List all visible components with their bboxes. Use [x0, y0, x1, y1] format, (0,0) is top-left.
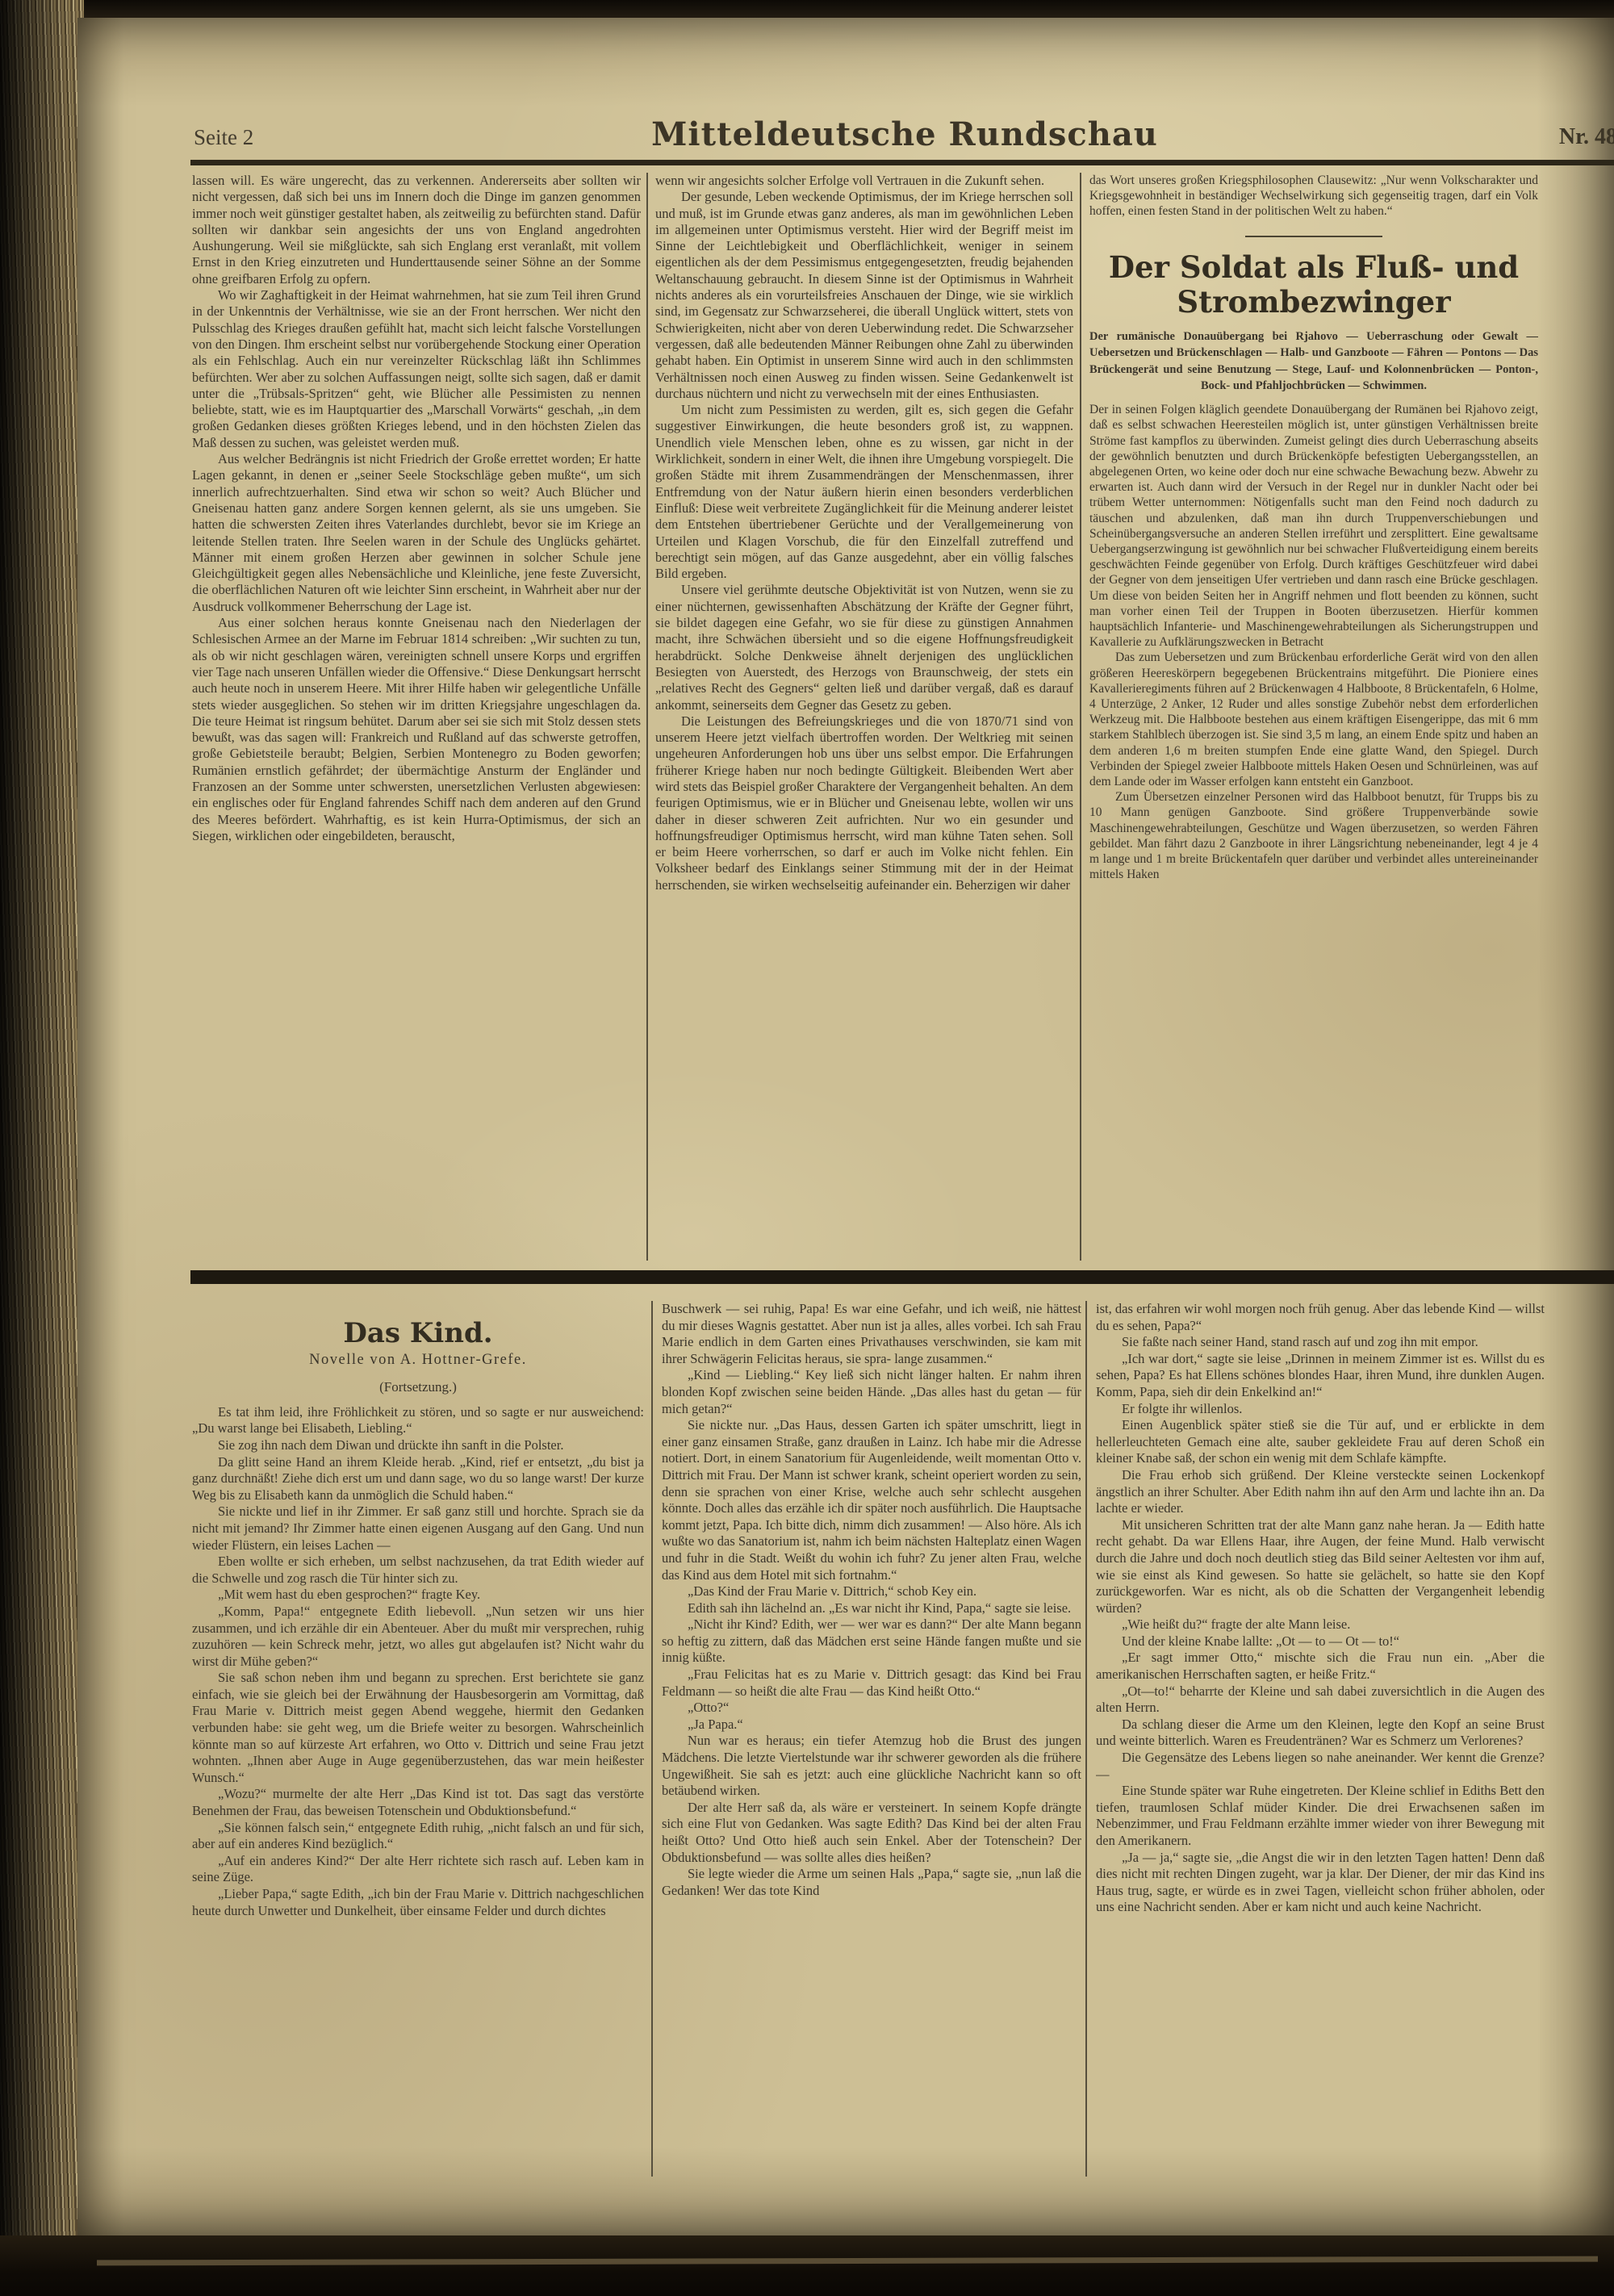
masthead-rule — [190, 160, 1614, 165]
masthead: Seite 2 Mitteldeutsche Rundschau Nr. 48 — [192, 108, 1614, 150]
feuilleton-byline: Novelle von A. Hottner-Grefe. — [192, 1352, 644, 1369]
column-rule — [1080, 173, 1081, 1261]
feuilleton-column-2: Buschwerk — sei ruhig, Papa! Es war eine… — [662, 1301, 1081, 2197]
paragraph: Einen Augenblick später stieß sie die Tü… — [1096, 1417, 1545, 1467]
paragraph: „Ja Papa.“ — [662, 1717, 1081, 1734]
column-rule — [646, 173, 648, 1261]
paragraph: Eine Stunde später war Ruhe eingetreten.… — [1096, 1783, 1545, 1849]
lead-article-column-1: lassen will. Es wäre ungerecht, das zu v… — [192, 173, 641, 1261]
paragraph: das Wort unseres großen Kriegsphilosophe… — [1089, 173, 1538, 220]
paragraph: „Auf ein anderes Kind?“ Der alte Herr ri… — [192, 1853, 644, 1886]
paragraph: „Wie heißt du?“ fragte der alte Mann lei… — [1096, 1616, 1545, 1633]
paragraph: Sie zog ihn nach dem Diwan und drückte i… — [192, 1437, 644, 1454]
lead-article-column-2: wenn wir angesichts solcher Erfolge voll… — [655, 173, 1073, 1261]
paragraph: Sie nickte und lief in ihr Zimmer. Er sa… — [192, 1503, 644, 1554]
paragraph: Unsere viel gerühmte deutsche Objektivit… — [655, 582, 1073, 713]
paragraph: Die Gegensätze des Lebens liegen so nahe… — [1096, 1750, 1545, 1783]
photo-top-edge — [0, 0, 1614, 19]
headline-line-1: Der Soldat als Fluß- und — [1109, 249, 1519, 285]
paragraph: Sie saß schon neben ihm und begann zu sp… — [192, 1670, 644, 1786]
paragraph: Edith sah ihn lächelnd an. „Es war nicht… — [662, 1600, 1081, 1617]
feuilleton-separator-rule — [190, 1270, 1614, 1284]
paragraph: Um nicht zum Pessimisten zu werden, gilt… — [655, 402, 1073, 582]
paragraph: Er folgte ihr willenlos. — [1096, 1401, 1545, 1418]
paragraph: Es tat ihm leid, ihre Fröhlichkeit zu st… — [192, 1404, 644, 1437]
paragraph: „Er sagt immer Otto,“ mischte sich die F… — [1096, 1650, 1545, 1683]
paragraph: wenn wir angesichts solcher Erfolge voll… — [655, 173, 1073, 189]
paragraph: „Ich war dort,“ sagte sie leise „Drinnen… — [1096, 1351, 1545, 1401]
paragraph: „Komm, Papa!“ entgegnete Edith liebevoll… — [192, 1604, 644, 1670]
paragraph: Eben wollte er sich erheben, um selbst n… — [192, 1554, 644, 1587]
paragraph: Sie nickte nur. „Das Haus, dessen Garten… — [662, 1417, 1081, 1583]
paragraph: Der gesunde, Leben weckende Optimismus, … — [655, 189, 1073, 402]
paragraph: „Frau Felicitas hat es zu Marie v. Dittr… — [662, 1667, 1081, 1700]
paragraph: Das zum Uebersetzen und zum Brückenbau e… — [1089, 650, 1538, 789]
paragraph: „Mit wem hast du eben gesprochen?“ fragt… — [192, 1587, 644, 1604]
photo-bottom-edge — [0, 2235, 1614, 2296]
feuilleton-column-1: Das Kind. Novelle von A. Hottner-Grefe. … — [192, 1301, 644, 2197]
issue-number: Nr. 48 — [1559, 124, 1614, 150]
paragraph: Die Frau erhob sich grüßend. Der Kleine … — [1096, 1467, 1545, 1517]
paragraph: Der alte Herr saß da, als wäre er verste… — [662, 1800, 1081, 1866]
paragraph: „Sie können falsch sein,“ entgegnete Edi… — [192, 1820, 644, 1853]
paragraph: Zum Übersetzen einzelner Personen wird d… — [1089, 789, 1538, 882]
paragraph: Sie faßte nach seiner Hand, stand rasch … — [1096, 1334, 1545, 1351]
paragraph: lassen will. Es wäre ungerecht, das zu v… — [192, 173, 641, 287]
paragraph: Aus welcher Bedrängnis ist nicht Friedri… — [192, 451, 641, 615]
soldier-article-headline: Der Soldat als Fluß- undStrombezwinger — [1089, 250, 1538, 320]
column-rule — [1085, 1301, 1087, 2177]
paragraph: „Otto?“ — [662, 1700, 1081, 1717]
paragraph: Sie legte wieder die Arme um seinen Hals… — [662, 1866, 1081, 1899]
paragraph: Da schlang dieser die Arme um den Kleine… — [1096, 1717, 1545, 1750]
column-3: das Wort unseres großen Kriegsphilosophe… — [1089, 173, 1538, 1261]
paragraph: „Nicht ihr Kind? Edith, wer — wer war es… — [662, 1616, 1081, 1667]
feuilleton-title: Das Kind. — [192, 1325, 644, 1342]
soldier-article-subtitle: Der rumänische Donauübergang bei Rjahovo… — [1089, 328, 1538, 394]
paragraph: „Das Kind der Frau Marie v. Dittrich,“ s… — [662, 1583, 1081, 1600]
paragraph: Der in seinen Folgen kläglich geendete D… — [1089, 402, 1538, 650]
newspaper-title: Mitteldeutsche Rundschau — [192, 115, 1614, 153]
paragraph: „Lieber Papa,“ sagte Edith, „ich bin der… — [192, 1886, 644, 1919]
paragraph: Die Leistungen des Befreiungskrieges und… — [655, 713, 1073, 893]
paragraph: Buschwerk — sei ruhig, Papa! Es war eine… — [662, 1301, 1081, 1367]
paragraph: ist, das erfahren wir wohl morgen noch f… — [1096, 1301, 1545, 1334]
paragraph: „Wozu?“ murmelte der alte Herr „Das Kind… — [192, 1786, 644, 1819]
lead-article-ending: das Wort unseres großen Kriegsphilosophe… — [1089, 173, 1538, 220]
article-end-divider — [1245, 236, 1382, 237]
paragraph: Wo wir Zaghaftigkeit in der Heimat wahrn… — [192, 287, 641, 451]
paragraph: „Ja — ja,“ sagte sie, „die Angst die wir… — [1096, 1850, 1545, 1916]
paragraph: Da glitt seine Hand an ihrem Kleide hera… — [192, 1454, 644, 1504]
scanned-photo-background: Seite 2 Mitteldeutsche Rundschau Nr. 48 … — [0, 0, 1614, 2296]
feuilleton-column-1-text: Es tat ihm leid, ihre Fröhlichkeit zu st… — [192, 1404, 644, 1919]
paragraph: Mit unsicheren Schritten trat der alte M… — [1096, 1517, 1545, 1617]
paragraph: Aus einer solchen heraus konnte Gneisena… — [192, 615, 641, 844]
paragraph: „Ot—to!“ beharrte der Kleine und sah dab… — [1096, 1683, 1545, 1717]
headline-line-2: Strombezwinger — [1177, 284, 1450, 320]
newspaper-page: Seite 2 Mitteldeutsche Rundschau Nr. 48 … — [77, 18, 1614, 2235]
paragraph: Und der kleine Knabe lallte: „Ot — to — … — [1096, 1633, 1545, 1650]
paragraph: Nun war es heraus; ein tiefer Atemzug ho… — [662, 1733, 1081, 1799]
feuilleton-continuation-note: (Fortsetzung.) — [192, 1379, 644, 1396]
bound-volume-page-stack — [0, 0, 84, 2296]
column-rule — [651, 1301, 653, 2177]
feuilleton-column-3: ist, das erfahren wir wohl morgen noch f… — [1096, 1301, 1545, 2197]
paragraph: „Kind — Liebling.“ Key ließ sich nicht l… — [662, 1367, 1081, 1417]
soldier-article-body: Der in seinen Folgen kläglich geendete D… — [1089, 402, 1538, 882]
